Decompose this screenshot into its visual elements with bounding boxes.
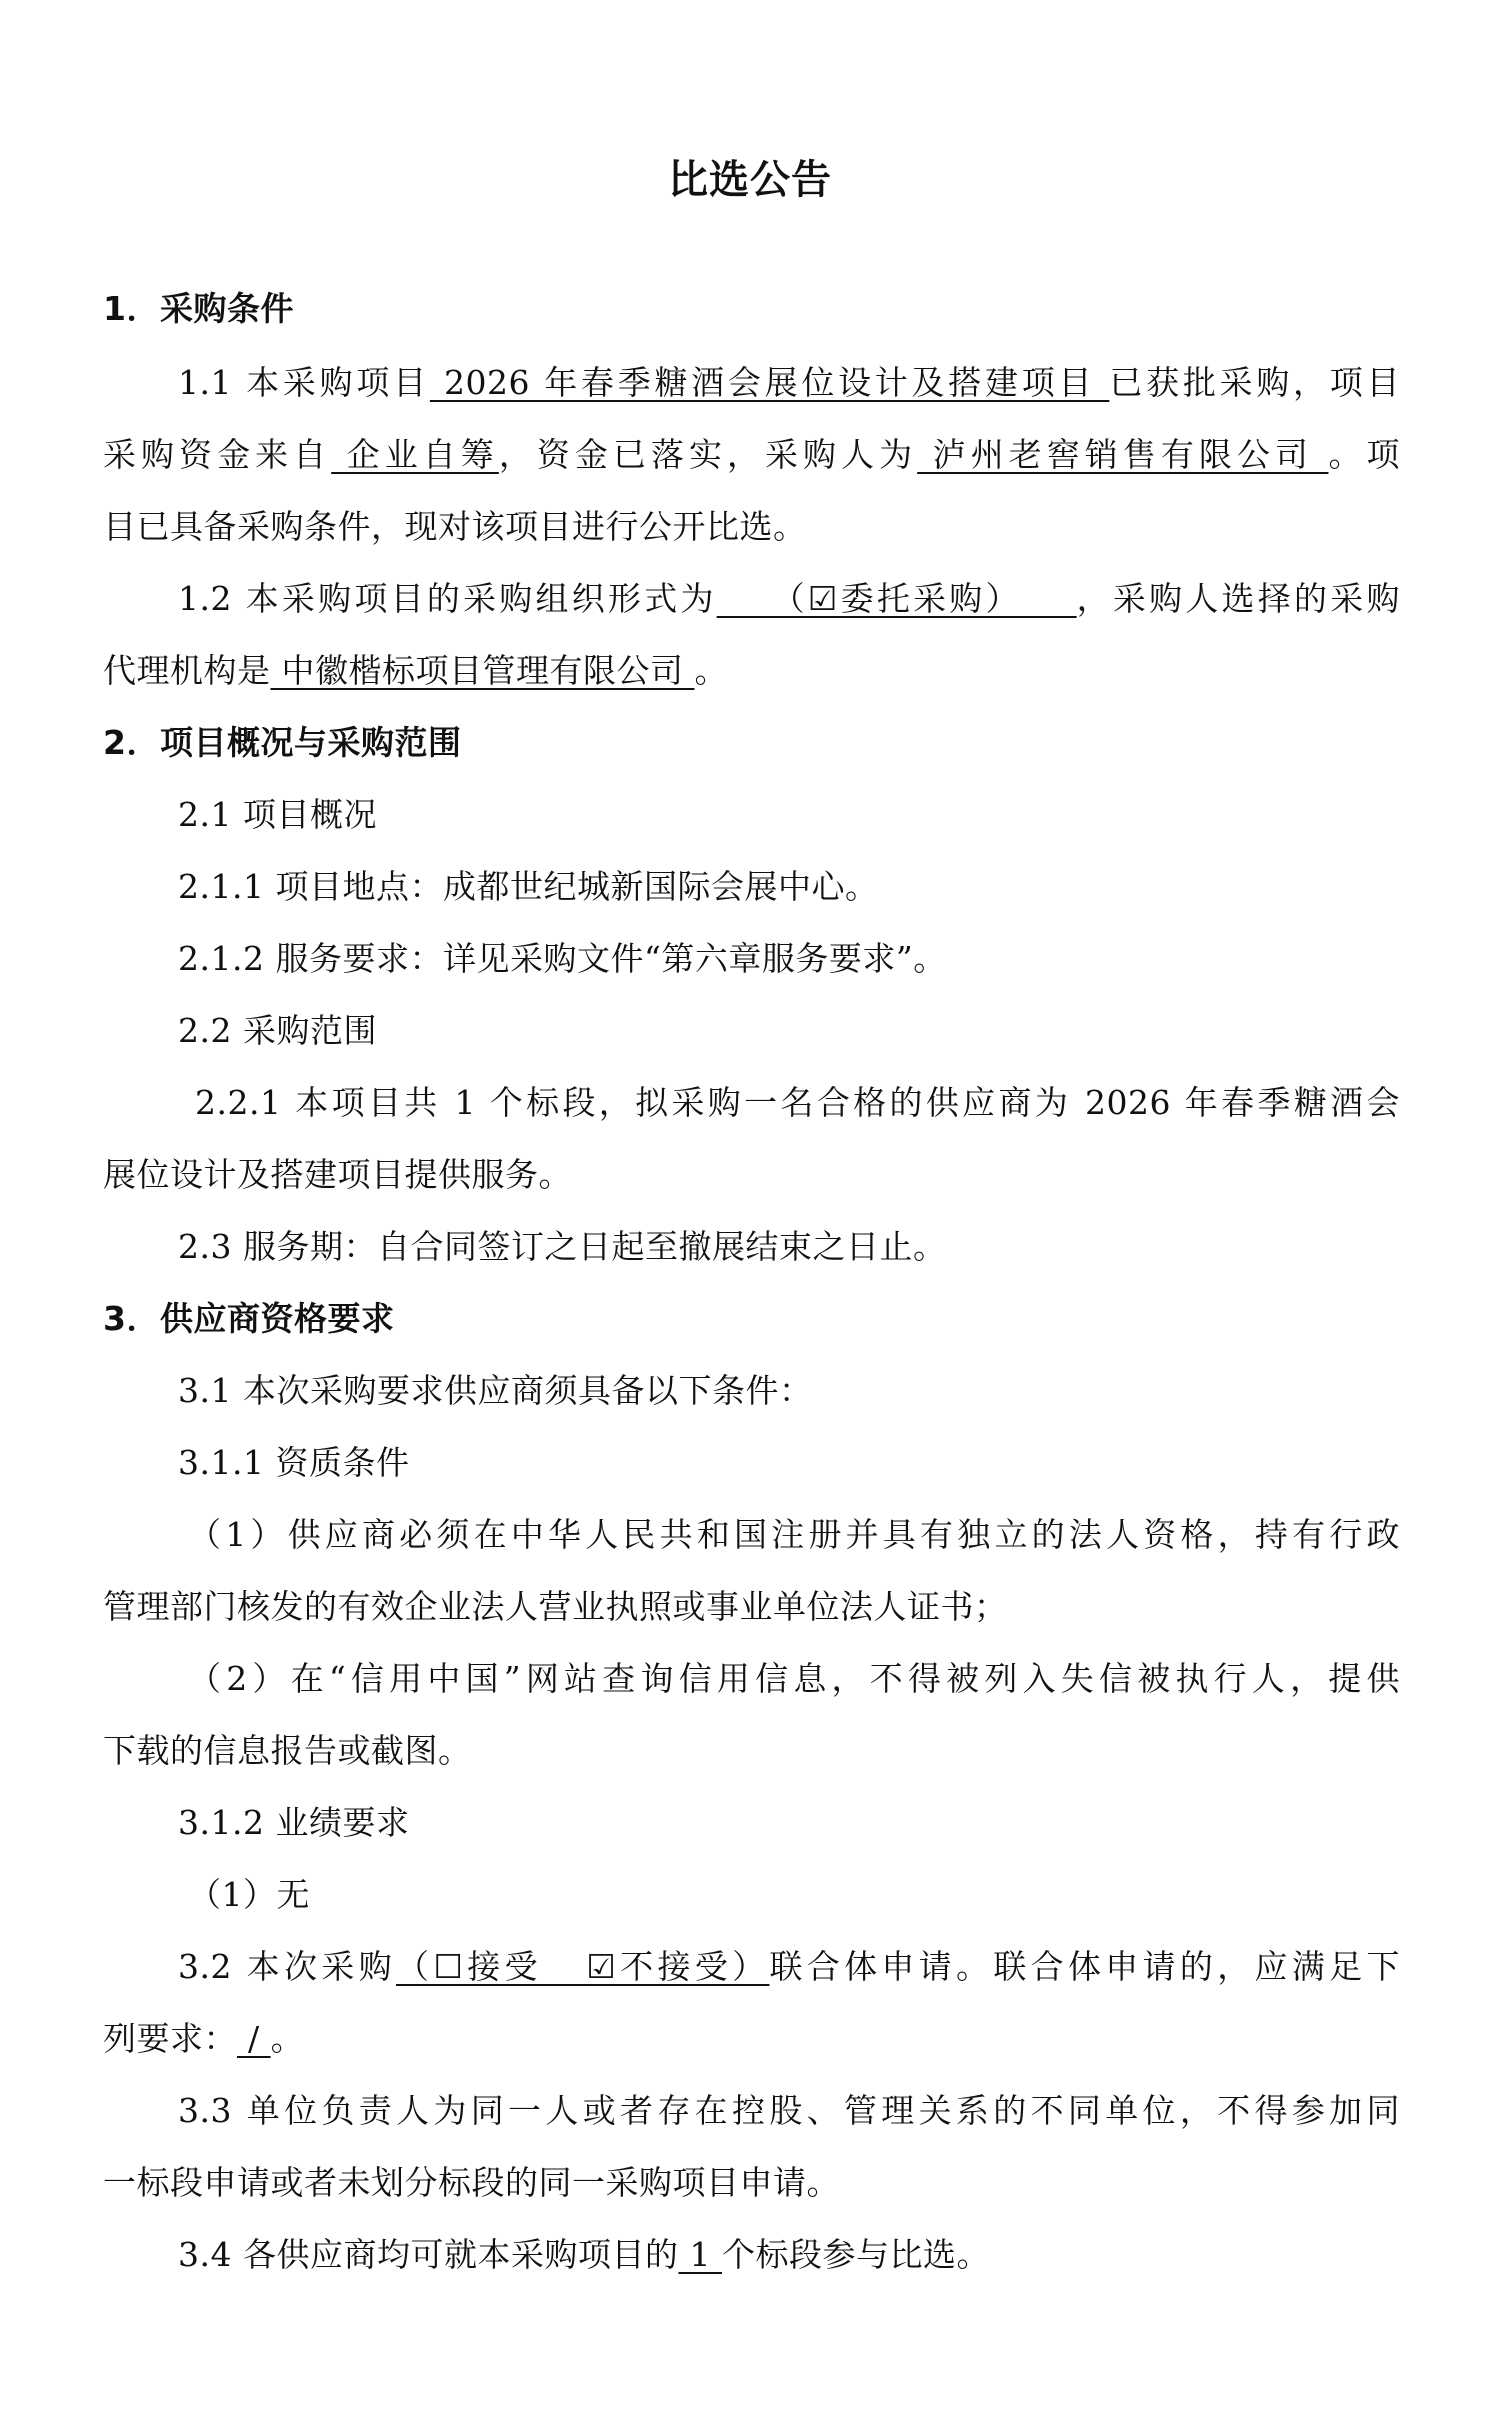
text: 1.2 本采购项目的采购组织形式为	[178, 579, 717, 618]
paragraph-3-3-line1: 3.3 单位负责人为同一人或者存在控股、管理关系的不同单位，不得参加同	[103, 2086, 1400, 2136]
text: 1.1 本采购项目	[178, 363, 430, 402]
paragraph-2-1: 2.1 项目概况	[103, 790, 1400, 840]
paragraph-2-2: 2.2 采购范围	[103, 1006, 1400, 1056]
fund-source-field: 企业自筹	[331, 435, 499, 474]
paragraph-3-1-1: 3.1.1 资质条件	[103, 1438, 1400, 1488]
section-heading-2: 2．项目概况与采购范围	[103, 718, 1400, 768]
paragraph-1-2-line2: 代理机构是 中徽楷标项目管理有限公司 。	[103, 646, 1400, 696]
text: 列要求：	[103, 2019, 237, 2058]
text: 。	[694, 651, 728, 690]
text: 代理机构是	[103, 651, 271, 690]
paragraph-1-2-line1: 1.2 本采购项目的采购组织形式为 （☑委托采购） ，采购人选择的采购	[103, 574, 1400, 624]
paragraph-3-3-line2: 一标段申请或者未划分标段的同一采购项目申请。	[103, 2158, 1400, 2208]
section-heading-3: 3．供应商资格要求	[103, 1294, 1400, 1344]
text: 已获批采购，项目	[1109, 363, 1400, 402]
paragraph-3-1: 3.1 本次采购要求供应商须具备以下条件：	[103, 1366, 1400, 1416]
paragraph-3-2-line2: 列要求： / 。	[103, 2014, 1400, 2064]
performance-item-1: （1）无	[103, 1870, 1485, 1920]
agency-field: 中徽楷标项目管理有限公司	[271, 651, 695, 690]
paragraph-1-1-line3: 目已具备采购条件，现对该项目进行公开比选。	[103, 502, 1400, 552]
text: 3.4 各供应商均可就本采购项目的	[178, 2235, 678, 2274]
lot-count-field: 1	[678, 2235, 721, 2274]
page-title: 比选公告	[0, 150, 1500, 210]
text: 。	[271, 2019, 305, 2058]
paragraph-3-1-2: 3.1.2 业绩要求	[103, 1798, 1400, 1848]
qualification-item-2-line1: （2）在“信用中国”网站查询信用信息，不得被列入失信被执行人，提供	[103, 1654, 1400, 1704]
project-name-field: 2026 年春季糖酒会展位设计及搭建项目	[430, 363, 1110, 402]
paragraph-1-1-line2: 采购资金来自 企业自筹，资金已落实，采购人为 泸州老窖销售有限公司 。项	[103, 430, 1400, 480]
paragraph-2-2-1-line2: 展位设计及搭建项目提供服务。	[103, 1150, 1400, 1200]
section-heading-1: 1．采购条件	[103, 284, 1400, 334]
text: 采购资金来自	[103, 435, 331, 474]
text: ，资金已落实，采购人为	[499, 435, 917, 474]
purchaser-field: 泸州老窖销售有限公司	[917, 435, 1328, 474]
paragraph-2-1-2: 2.1.2 服务要求：详见采购文件“第六章服务要求”。	[103, 934, 1400, 984]
text: 。项	[1328, 435, 1400, 474]
paragraph-1-1-line1: 1.1 本采购项目 2026 年春季糖酒会展位设计及搭建项目 已获批采购，项目	[103, 358, 1400, 408]
text: 个标段参与比选。	[722, 2235, 990, 2274]
text: 联合体申请。联合体申请的，应满足下	[769, 1947, 1400, 1986]
consortium-options: （☐接受 ☑不接受）	[396, 1947, 769, 1986]
qualification-item-2-line2: 下载的信息报告或截图。	[103, 1726, 1400, 1776]
qualification-item-1-line1: （1）供应商必须在中华人民共和国注册并具有独立的法人资格，持有行政	[103, 1510, 1400, 1560]
paragraph-3-4: 3.4 各供应商均可就本采购项目的 1 个标段参与比选。	[103, 2230, 1400, 2280]
text: 3.2 本次采购	[178, 1947, 396, 1986]
org-form-field: （☑委托采购）	[717, 579, 1077, 618]
paragraph-2-1-1: 2.1.1 项目地点：成都世纪城新国际会展中心。	[103, 862, 1400, 912]
paragraph-2-3: 2.3 服务期：自合同签订之日起至撤展结束之日止。	[103, 1222, 1400, 1272]
paragraph-2-2-1-line1: 2.2.1 本项目共 1 个标段，拟采购一名合格的供应商为 2026 年春季糖酒…	[103, 1078, 1400, 1128]
paragraph-3-2-line1: 3.2 本次采购（☐接受 ☑不接受）联合体申请。联合体申请的，应满足下	[103, 1942, 1400, 1992]
text: ，采购人选择的采购	[1077, 579, 1400, 618]
qualification-item-1-line2: 管理部门核发的有效企业法人营业执照或事业单位法人证书；	[103, 1582, 1400, 1632]
consortium-requirements-field: /	[237, 2019, 271, 2058]
